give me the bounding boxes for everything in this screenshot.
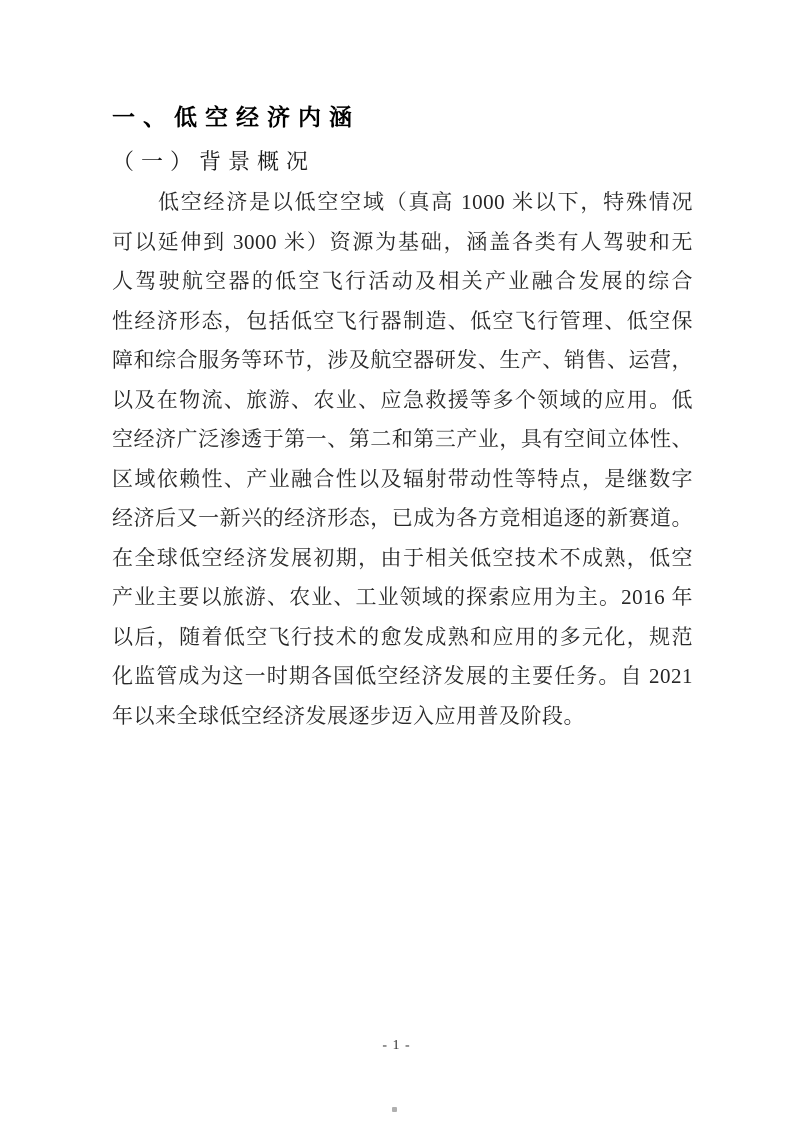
page-number: - 1 - [0, 1038, 793, 1054]
paragraph-line: 区域依赖性、产业融合性以及辐射带动性等特点，是继数字 [112, 460, 693, 500]
paragraph-line: 空经济广泛渗透于第一、第二和第三产业，具有空间立体性、 [112, 420, 693, 460]
footer-artifact-dot [392, 1107, 397, 1112]
paragraph-line: 以及在物流、旅游、农业、应急救援等多个领域的应用。低 [112, 381, 693, 421]
paragraph-line: 年以来全球低空经济发展逐步迈入应用普及阶段。 [112, 697, 693, 737]
section-heading: 一、低空经济内涵 [112, 97, 693, 140]
body-paragraph: 低空经济是以低空空域（真高 1000 米以下，特殊情况可以延伸到 3000 米）… [112, 183, 693, 736]
paragraph-line: 在全球低空经济发展初期，由于相关低空技术不成熟，低空 [112, 539, 693, 579]
page-content: 一、低空经济内涵 （一）背景概况 低空经济是以低空空域（真高 1000 米以下，… [112, 97, 693, 736]
paragraph-line: 可以延伸到 3000 米）资源为基础，涵盖各类有人驾驶和无 [112, 223, 693, 263]
paragraph-line: 低空经济是以低空空域（真高 1000 米以下，特殊情况 [112, 183, 693, 223]
paragraph-line: 性经济形态，包括低空飞行器制造、低空飞行管理、低空保 [112, 302, 693, 342]
document-page: 一、低空经济内涵 （一）背景概况 低空经济是以低空空域（真高 1000 米以下，… [0, 0, 793, 1122]
paragraph-line: 障和综合服务等环节，涉及航空器研发、生产、销售、运营， [112, 341, 693, 381]
subsection-heading: （一）背景概况 [112, 140, 693, 183]
paragraph-line: 化监管成为这一时期各国低空经济发展的主要任务。自 2021 [112, 657, 693, 697]
paragraph-line: 产业主要以旅游、农业、工业领域的探索应用为主。2016 年 [112, 578, 693, 618]
paragraph-line: 经济后又一新兴的经济形态，已成为各方竞相追逐的新赛道。 [112, 499, 693, 539]
paragraph-line: 人驾驶航空器的低空飞行活动及相关产业融合发展的综合 [112, 262, 693, 302]
paragraph-line: 以后，随着低空飞行技术的愈发成熟和应用的多元化，规范 [112, 618, 693, 658]
